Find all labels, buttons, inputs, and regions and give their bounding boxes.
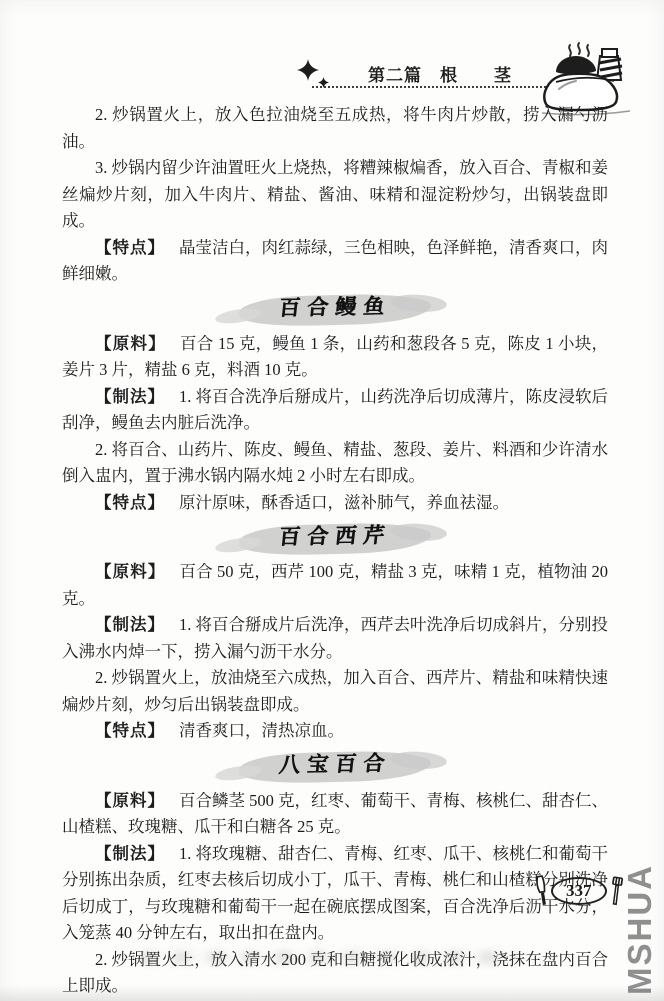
paragraph: 2. 炒锅置火上，放油烧至六成热，加入百合、西芹片、精盐和味精快速煸炒片刻，炒匀… (62, 665, 608, 718)
field-label: 【制法】 (95, 845, 165, 863)
sparkle-icon (297, 59, 319, 81)
recipe-title-badge: 八宝百合 (255, 749, 415, 783)
recipe-title: 百合西芹 (62, 517, 608, 558)
watermark: MSHUA (621, 883, 659, 995)
paragraph: 【特点】原汁原味，酥香适口，滋补肺气，养血祛湿。 (62, 490, 608, 517)
recipe-title-text: 百合鳗鱼 (277, 294, 392, 322)
paragraph-text: 原汁原味，酥香适口，滋补肺气，养血祛湿。 (179, 493, 509, 512)
paragraph: 【制法】1. 将玫瑰糖、甜杏仁、青梅、红枣、瓜干、核桃仁和葡萄干分别拣出杂质，红… (62, 841, 608, 947)
document-body: 2. 炒锅置火上，放入色拉油烧至五成热，将牛肉片炒散，捞入漏勺沥油。3. 炒锅内… (62, 102, 608, 1000)
paragraph: 2. 炒锅置火上，放入色拉油烧至五成热，将牛肉片炒散，捞入漏勺沥油。 (62, 102, 608, 155)
page-ghosting-decoration (140, 951, 520, 964)
page-number: 337 (551, 877, 607, 905)
paragraph: 3. 炒锅内留少许油置旺火上烧热，将糟辣椒煸香，放入百合、青椒和姜丝煸炒片刻，加… (62, 155, 608, 235)
paragraph: 【制法】1. 将百合洗净后掰成片，山药洗净后切成薄片，陈皮浸软后刮净，鳗鱼去内脏… (62, 384, 608, 437)
chapter-title: 第二篇 根 茎 (368, 61, 538, 86)
recipe-title-badge: 百合鳗鱼 (255, 292, 415, 326)
field-label: 【特点】 (95, 239, 165, 257)
paragraph: 【原料】百合 15 克，鳗鱼 1 条，山药和葱段各 5 克，陈皮 1 小块，姜片… (62, 331, 608, 384)
recipe-title: 八宝百合 (62, 746, 608, 787)
recipe-title-text: 百合西芹 (277, 523, 392, 551)
field-label: 【特点】 (95, 494, 165, 512)
field-label: 【制法】 (95, 388, 165, 406)
field-label: 【原料】 (95, 792, 165, 810)
field-label: 【原料】 (95, 563, 166, 581)
paragraph: 【特点】清香爽口，清热凉血。 (62, 718, 608, 745)
knife-icon (533, 873, 551, 909)
book-page: 第二篇 根 茎 2. 炒锅置火上，放入色拉油烧至五成热，将牛肉片炒散，捞入漏勺沥… (0, 0, 664, 1001)
field-label: 【原料】 (95, 335, 166, 353)
paragraph: 2. 将百合、山药片、陈皮、鳗鱼、精盐、葱段、姜片、料酒和少许清水倒入盅内，置于… (62, 437, 608, 490)
paragraph-text: 2. 炒锅置火上，放油烧至六成热，加入百合、西芹片、精盐和味精快速煸炒片刻，炒匀… (62, 668, 608, 714)
recipe-title: 百合鳗鱼 (62, 289, 608, 330)
paragraph: 【特点】晶莹洁白，肉红蒜绿，三色相映，色泽鲜艳，清香爽口，肉鲜细嫩。 (62, 235, 608, 288)
recipe-title-badge: 百合西芹 (255, 521, 415, 555)
field-label: 【特点】 (95, 722, 165, 740)
page-number-plate: 337 (536, 874, 624, 908)
paragraph-text: 2. 将百合、山药片、陈皮、鳗鱼、精盐、葱段、姜片、料酒和少许清水倒入盅内，置于… (62, 440, 608, 486)
recipe-title-text: 八宝百合 (277, 751, 392, 779)
paragraph: 【制法】1. 将百合掰成片后洗净，西芹去叶洗净后切成斜片，分别投入沸水内焯一下，… (62, 612, 608, 665)
paragraph: 【原料】百合鳞茎 500 克，红枣、葡萄干、青梅、核桃仁、甜杏仁、山楂糕、玫瑰糖… (62, 788, 608, 841)
field-label: 【制法】 (95, 616, 165, 634)
paragraph-text: 2. 炒锅置火上，放入色拉油烧至五成热，将牛肉片炒散，捞入漏勺沥油。 (62, 105, 608, 151)
paragraph-text: 3. 炒锅内留少许油置旺火上烧热，将糟辣椒煸香，放入百合、青椒和姜丝煸炒片刻，加… (62, 158, 608, 230)
paragraph: 【原料】百合 50 克，西芹 100 克，精盐 3 克，味精 1 克，植物油 2… (62, 559, 608, 612)
paragraph-text: 清香爽口，清热凉血。 (179, 721, 344, 740)
